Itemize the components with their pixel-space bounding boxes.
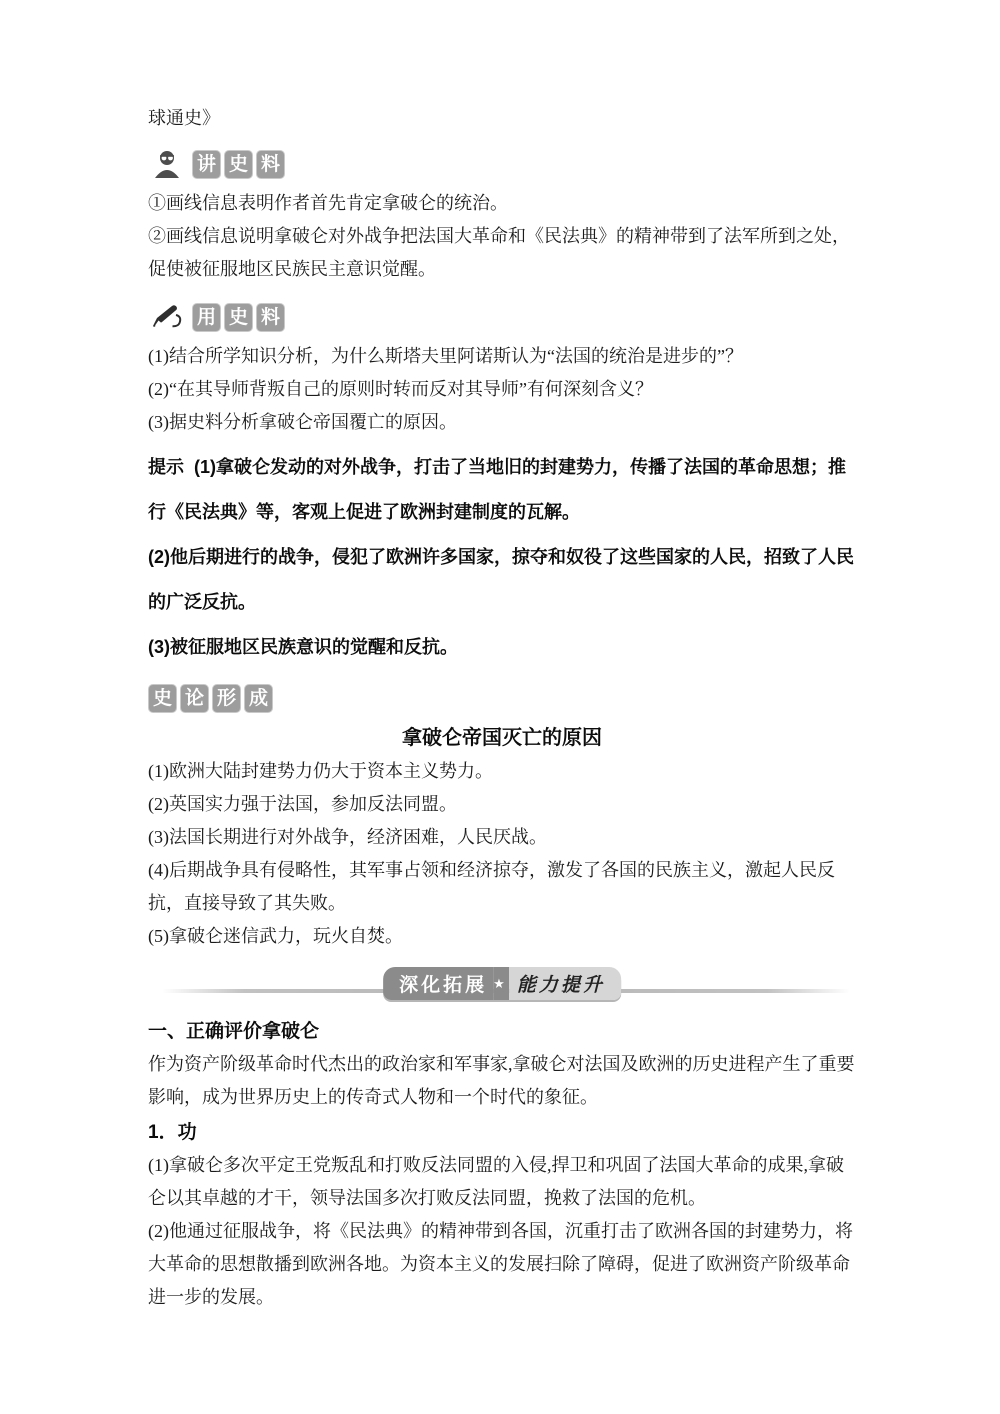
hint-label: 提示 [148,457,184,477]
badge-char: 史 [148,684,177,713]
badge-characters: 用 史 料 [192,303,285,332]
merit-paragraph-1: (1)拿破仑多次平定王党叛乱和打败反法同盟的入侵,捍卫和巩固了法国大革命的成果,… [148,1149,856,1215]
hint-block: 提示(1)拿破仑发动的对外战争，打击了当地旧的封建势力，传播了法国的革命思想；推… [148,445,856,670]
reason-5: (5)拿破仑迷信武力，玩火自焚。 [148,920,856,953]
hint-paragraph-3: (3)被征服地区民族意识的觉醒和反抗。 [148,625,856,670]
heading-evaluate-napoleon: 一、正确评价拿破仑 [148,1015,856,1048]
evaluate-intro-paragraph: 作为资产阶级革命时代杰出的政治家和军事家,拿破仑对法国及欧洲的历史进程产生了重要… [148,1048,856,1114]
hint-paragraph-1: 提示(1)拿破仑发动的对外战争，打击了当地旧的封建势力，传播了法国的革命思想；推… [148,445,856,535]
hint-text-1: (1)拿破仑发动的对外战争，打击了当地旧的封建势力，传播了法国的革命思想；推行《… [148,457,846,522]
badge-char: 讲 [192,150,221,179]
section-divider-banner: 深化拓展 ★ 能力提升 [148,967,856,1005]
question-1: (1)结合所学知识分析，为什么斯塔夫里阿诺斯认为“法国的统治是进步的”？ [148,340,856,373]
question-2: (2)“在其导师背叛自己的原则时转而反对其导师”有何深刻含义？ [148,373,856,406]
merit-paragraph-2: (2)他通过征服战争，将《民法典》的精神带到各国，沉重打击了欧洲各国的封建势力，… [148,1215,856,1314]
badge-characters: 史 论 形 成 [148,684,273,713]
badge-char: 史 [224,150,253,179]
teacher-person-icon [148,149,186,179]
badge-characters: 讲 史 料 [192,150,285,179]
hint-paragraph-2: (2)他后期进行的战争，侵犯了欧洲许多国家，掠夺和奴役了这些国家的人民，招致了人… [148,535,856,625]
lecture-material-badge: 讲 史 料 [148,148,856,180]
banner-left-label: 深化拓展 [383,967,493,1000]
conclusion-formation-badge: 史 论 形 成 [148,682,856,714]
banner-star-icon: ★ [493,967,509,1000]
document-page: 球通史》 讲 史 料 ①画线信息表明作者首先肯定拿破仑的统治。 ②画线信息说明拿… [0,0,1000,1314]
badge-char: 料 [256,150,285,179]
question-3: (3)据史料分析拿破仑帝国覆亡的原因。 [148,406,856,439]
use-material-badge: 用 史 料 [148,301,856,333]
reason-3: (3)法国长期进行对外战争，经济困难，人民厌战。 [148,821,856,854]
reason-4: (4)后期战争具有侵略性，其军事占领和经济掠夺，激发了各国的民族主义，激起人民反… [148,854,856,920]
badge-char: 论 [180,684,209,713]
paragraph-annotation-2: ②画线信息说明拿破仑对外战争把法国大革命和《民法典》的精神带到了法军所到之处，促… [148,220,856,286]
banner-right-label: 能力提升 [509,967,621,1000]
citation-fragment: 球通史》 [148,102,856,135]
section-title-napoleon-empire-fall: 拿破仑帝国灭亡的原因 [148,721,856,755]
badge-char: 形 [212,684,241,713]
paragraph-annotation-1: ①画线信息表明作者首先肯定拿破仑的统治。 [148,187,856,220]
writing-hand-icon [148,302,186,332]
badge-char: 史 [224,303,253,332]
heading-merits: 1．功 [148,1116,856,1149]
banner-tab: 深化拓展 ★ 能力提升 [383,967,621,1000]
reason-2: (2)英国实力强于法国，参加反法同盟。 [148,788,856,821]
reason-1: (1)欧洲大陆封建势力仍大于资本主义势力。 [148,755,856,788]
badge-char: 用 [192,303,221,332]
badge-char: 成 [244,684,273,713]
badge-char: 料 [256,303,285,332]
